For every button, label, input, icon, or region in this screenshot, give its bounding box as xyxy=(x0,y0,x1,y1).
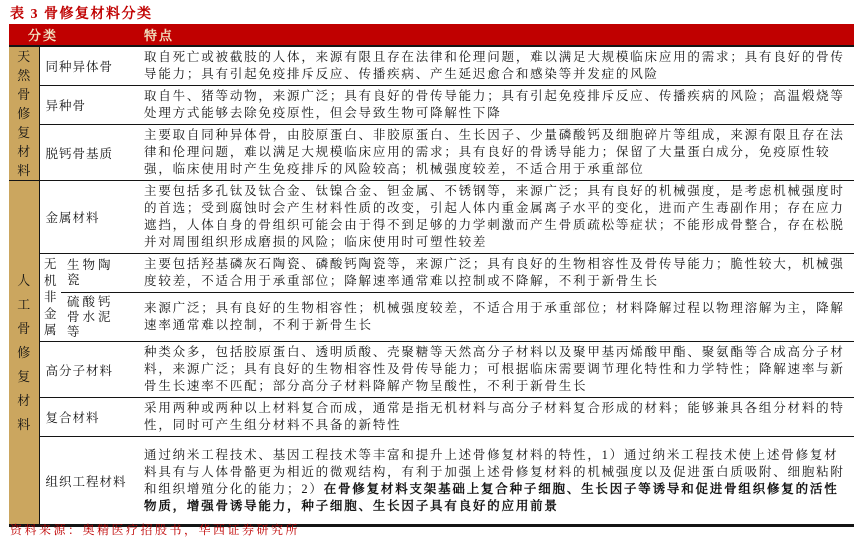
group-cell-artificial: 人工骨修复材料 xyxy=(9,181,39,526)
features-cell: 主要包括多孔钛及钛合金、钛镍合金、钽金属、不锈钢等，来源广泛；具有良好的机械强度… xyxy=(142,181,854,254)
category-cell: 金属材料 xyxy=(39,181,142,254)
subgroup-cell-inorganic-nonmetal: 无机非金属 xyxy=(39,254,61,342)
features-cell: 取自牛、猪等动物，来源广泛；具有良好的骨传导能力；具有引起免疫排斥反应、传播疾病… xyxy=(142,86,854,125)
features-cell: 主要包括羟基磷灰石陶瓷、磷酸钙陶瓷等，来源广泛；具有良好的生物相容性及骨传导能力… xyxy=(142,254,854,293)
group-label-natural: 天然骨修复材料 xyxy=(9,47,39,180)
table-row: 复合材料 采用两种或两种以上材料复合而成，通常是指无机材料与高分子材料复合形成的… xyxy=(9,398,854,437)
group-cell-natural: 天然骨修复材料 xyxy=(9,46,39,181)
table-header-row: 分类 特点 xyxy=(9,24,854,46)
features-cell: 通过纳米工程技术、基因工程技术等丰富和提升上述骨修复材料的特性，1）通过纳米工程… xyxy=(142,437,854,526)
features-cell: 采用两种或两种以上材料复合而成，通常是指无机材料与高分子材料复合形成的材料；能够… xyxy=(142,398,854,437)
table-row: 硫酸钙骨水泥等 来源广泛；具有良好的生物相容性；机械强度较差，不适合用于承重部位… xyxy=(9,293,854,342)
group-label-artificial: 人工骨修复材料 xyxy=(9,181,39,524)
header-cell-features: 特点 xyxy=(142,24,854,46)
features-cell: 种类众多，包括胶原蛋白、透明质酸、壳聚糖等天然高分子材料以及聚甲基丙烯酸甲酯、聚… xyxy=(142,342,854,398)
bone-repair-materials-table: 分类 特点 天然骨修复材料 同种异体骨 取自死亡或被截肢的人体，来源有限且存在法… xyxy=(9,24,854,527)
category-cell: 硫酸钙骨水泥等 xyxy=(61,293,142,342)
table-row: 无机非金属 生物陶瓷 主要包括羟基磷灰石陶瓷、磷酸钙陶瓷等，来源广泛；具有良好的… xyxy=(9,254,854,293)
features-cell: 主要取自同种异体骨，由胶原蛋白、非胶原蛋白、生长因子、少量磷酸钙及细胞碎片等组成… xyxy=(142,125,854,181)
category-cell: 高分子材料 xyxy=(39,342,142,398)
table-row: 异种骨 取自牛、猪等动物，来源广泛；具有良好的骨传导能力；具有引起免疫排斥反应、… xyxy=(9,86,854,125)
table-row: 天然骨修复材料 同种异体骨 取自死亡或被截肢的人体，来源有限且存在法律和伦理问题… xyxy=(9,46,854,86)
category-cell: 组织工程材料 xyxy=(39,437,142,526)
category-cell: 异种骨 xyxy=(39,86,142,125)
features-cell: 来源广泛；具有良好的生物相容性；机械强度较差，不适合用于承重部位；材料降解过程以… xyxy=(142,293,854,342)
header-cell-category: 分类 xyxy=(9,24,142,46)
features-cell: 取自死亡或被截肢的人体，来源有限且存在法律和伦理问题，难以满足大规模临床应用的需… xyxy=(142,46,854,86)
table-row: 组织工程材料 通过纳米工程技术、基因工程技术等丰富和提升上述骨修复材料的特性，1… xyxy=(9,437,854,526)
table-row: 人工骨修复材料 金属材料 主要包括多孔钛及钛合金、钛镍合金、钽金属、不锈钢等，来… xyxy=(9,181,854,254)
source-note: 资料来源：奥精医疗招股书，华西证券研究所 xyxy=(10,521,300,538)
subgroup-label-inorganic-nonmetal: 无机非金属 xyxy=(40,254,62,341)
category-cell: 生物陶瓷 xyxy=(61,254,142,293)
category-cell: 同种异体骨 xyxy=(39,46,142,86)
table-row: 高分子材料 种类众多，包括胶原蛋白、透明质酸、壳聚糖等天然高分子材料以及聚甲基丙… xyxy=(9,342,854,398)
page-title: 表 3 骨修复材料分类 xyxy=(10,3,153,23)
category-cell: 脱钙骨基质 xyxy=(39,125,142,181)
table-row: 脱钙骨基质 主要取自同种异体骨，由胶原蛋白、非胶原蛋白、生长因子、少量磷酸钙及细… xyxy=(9,125,854,181)
category-cell: 复合材料 xyxy=(39,398,142,437)
